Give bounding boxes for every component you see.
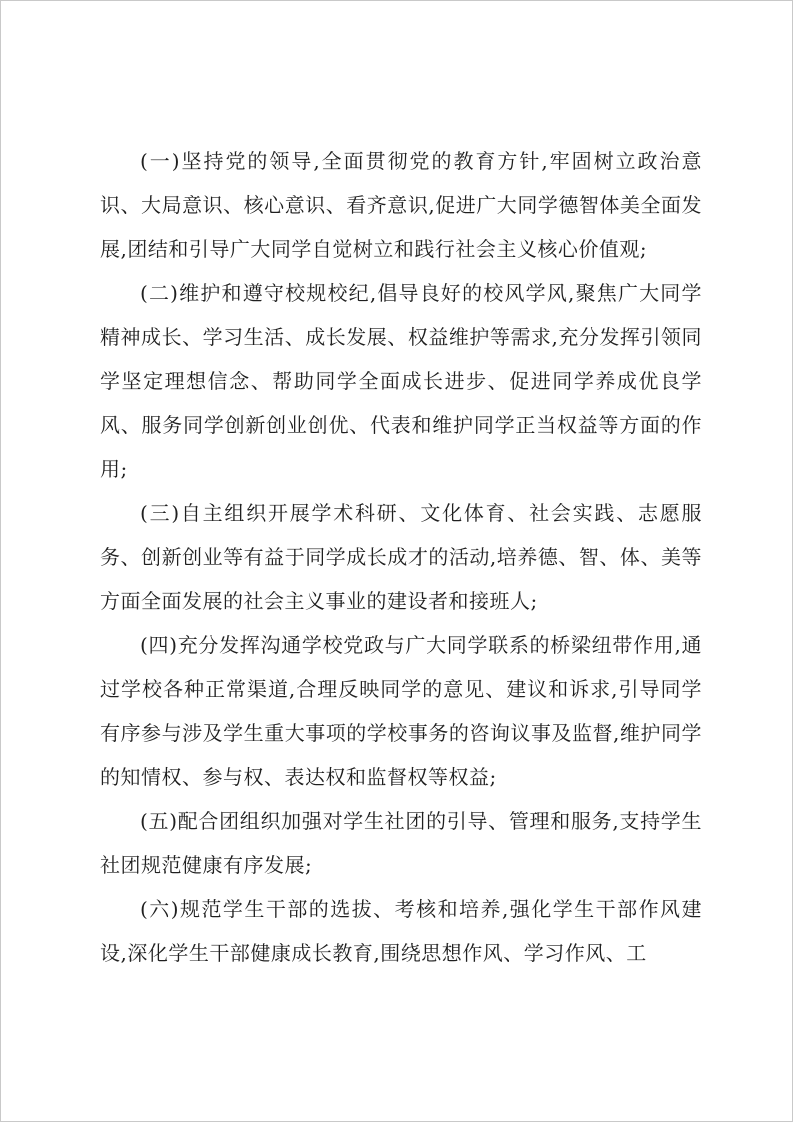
paragraph-clause-5: (五)配合团组织加强对学生社团的引导、管理和服务,支持学生社团规范健康有序发展; bbox=[100, 799, 702, 887]
paragraph-clause-1: (一)坚持党的领导,全面贯彻党的教育方针,牢固树立政治意识、大局意识、核心意识、… bbox=[100, 139, 702, 271]
paragraph-clause-6: (六)规范学生干部的选拔、考核和培养,强化学生干部作风建设,深化学生干部健康成长… bbox=[100, 887, 702, 975]
document-content: (一)坚持党的领导,全面贯彻党的教育方针,牢固树立政治意识、大局意识、核心意识、… bbox=[100, 139, 702, 975]
document-page: (一)坚持党的领导,全面贯彻党的教育方针,牢固树立政治意识、大局意识、核心意识、… bbox=[0, 0, 793, 1122]
paragraph-clause-3: (三)自主组织开展学术科研、文化体育、社会实践、志愿服务、创新创业等有益于同学成… bbox=[100, 491, 702, 623]
paragraph-clause-2: (二)维护和遵守校规校纪,倡导良好的校风学风,聚焦广大同学精神成长、学习生活、成… bbox=[100, 271, 702, 491]
paragraph-clause-4: (四)充分发挥沟通学校党政与广大同学联系的桥梁纽带作用,通过学校各种正常渠道,合… bbox=[100, 623, 702, 799]
